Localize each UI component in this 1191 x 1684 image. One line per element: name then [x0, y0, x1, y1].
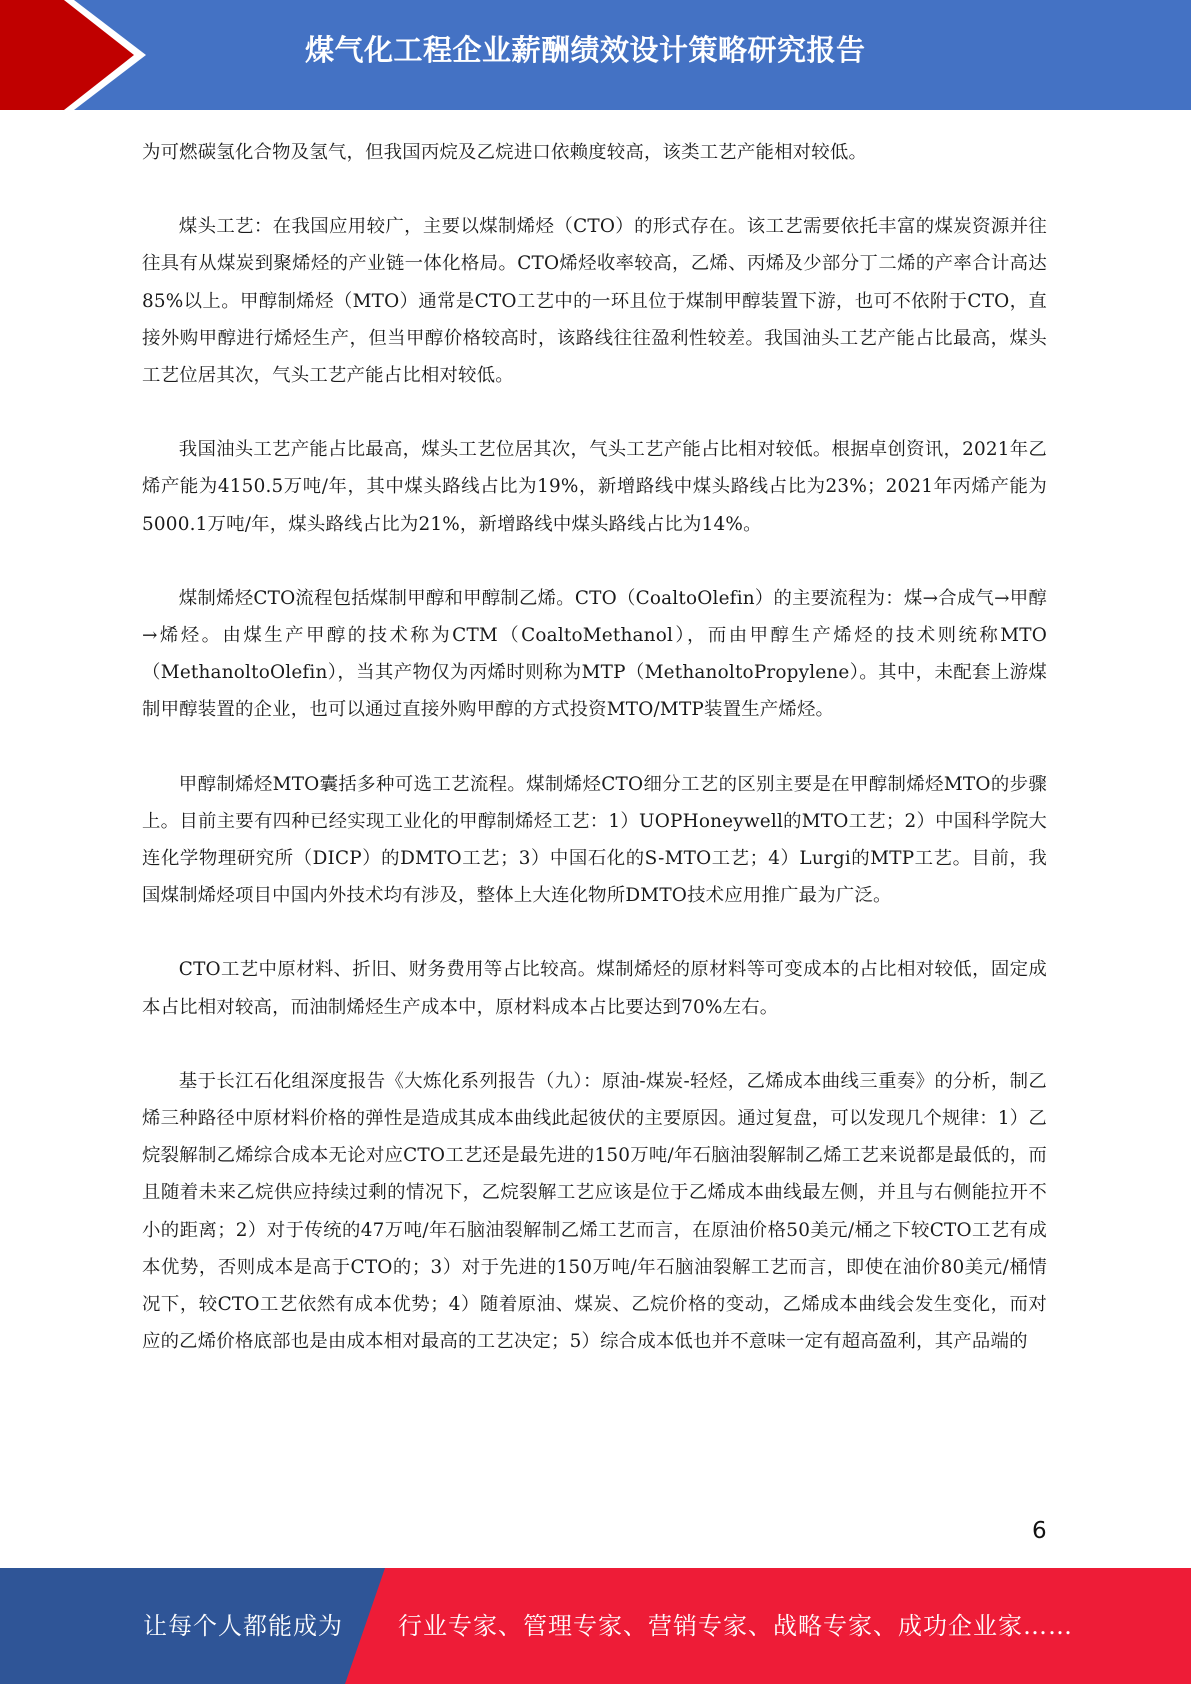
page-header: 煤气化工程企业薪酬绩效设计策略研究报告 [0, 0, 1191, 110]
paragraph: 煤制烯烃CTO流程包括煤制甲醇和甲醇制乙烯。CTO（CoaltoOlefin）的… [142, 580, 1047, 729]
paragraph: 为可燃碳氢化合物及氢气，但我国丙烷及乙烷进口依赖度较高，该类工艺产能相对较低。 [142, 134, 1047, 171]
chevron-arrow-icon [0, 0, 160, 110]
paragraph: CTO工艺中原材料、折旧、财务费用等占比较高。煤制烯烃的原材料等可变成本的占比相… [142, 951, 1047, 1025]
paragraph: 基于长江石化组深度报告《大炼化系列报告（九）：原油-煤炭-轻烃，乙烯成本曲线三重… [142, 1063, 1047, 1361]
footer-slogan-left: 让每个人都能成为 [143, 1606, 343, 1641]
footer-slogan-right: 行业专家、管理专家、营销专家、战略专家、成功企业家…… [398, 1606, 1073, 1641]
document-body: 为可燃碳氢化合物及氢气，但我国丙烷及乙烷进口依赖度较高，该类工艺产能相对较低。 … [142, 134, 1047, 1397]
page-number: 6 [1032, 1518, 1047, 1544]
paragraph: 甲醇制烯烃MTO囊括多种可选工艺流程。煤制烯烃CTO细分工艺的区别主要是在甲醇制… [142, 766, 1047, 915]
paragraph: 煤头工艺：在我国应用较广，主要以煤制烯烃（CTO）的形式存在。该工艺需要依托丰富… [142, 208, 1047, 394]
paragraph: 我国油头工艺产能占比最高，煤头工艺位居其次，气头工艺产能占比相对较低。根据卓创资… [142, 431, 1047, 543]
document-title: 煤气化工程企业薪酬绩效设计策略研究报告 [305, 28, 866, 69]
page-footer: 让每个人都能成为 行业专家、管理专家、营销专家、战略专家、成功企业家…… [0, 1568, 1191, 1684]
